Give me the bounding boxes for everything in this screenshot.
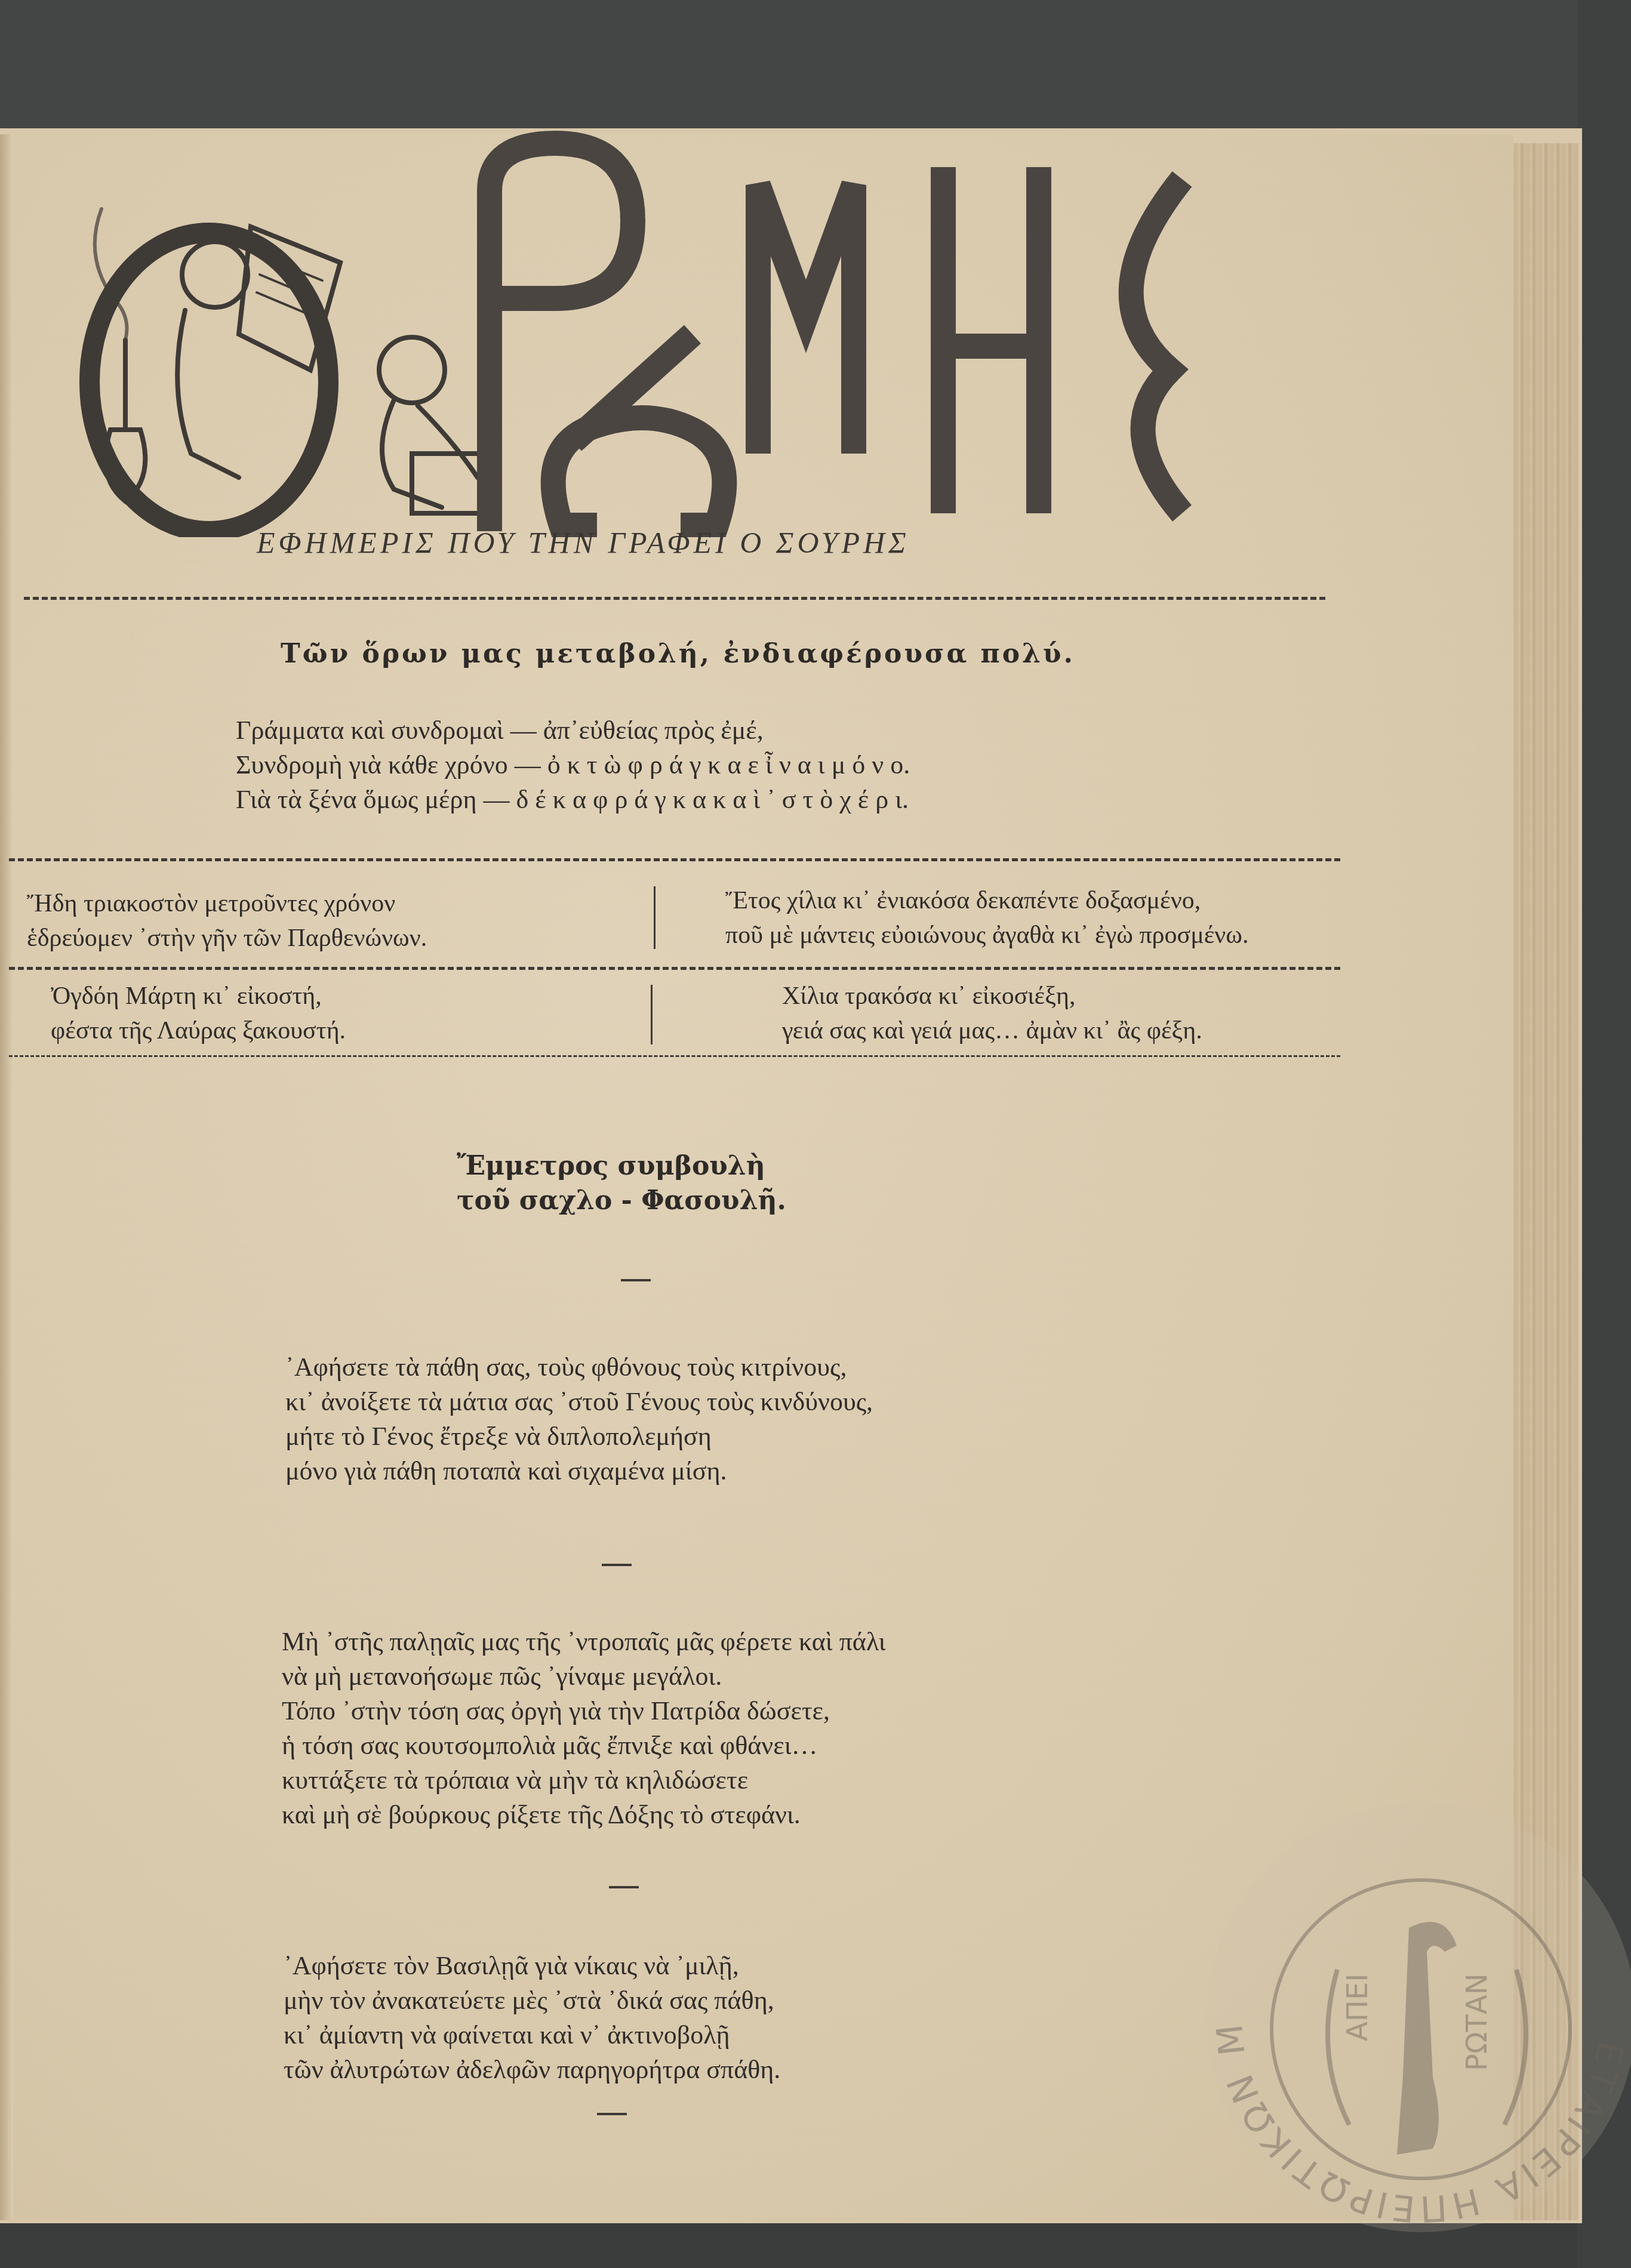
- dateline-line: Ἤδη τριακοστὸν μετροῦντες χρόνον: [27, 886, 427, 921]
- section-dash: [609, 1886, 639, 1888]
- divider: [24, 597, 1325, 600]
- section-dash: [597, 2113, 627, 2115]
- dateline-line: Ἔτος χίλια κι᾽ ἐνιακόσα δεκαπέντε δοξασμ…: [725, 883, 1248, 918]
- library-stamp-icon: ΕΤΑΙΡΕΙΑ ΗΠΕΙΡΩΤΙΚΩΝ ΜΕΛΕΤΩΝ ΑΠΕΙ ΡΩΤΑΝ: [1194, 1791, 1631, 2244]
- poem-line: τῶν ἀλυτρώτων ἀδελφῶν παρηγορήτρα σπάθη.: [284, 2053, 780, 2087]
- dateline-line: Ὀγδόη Μάρτη κι᾽ εἰκοστή,: [51, 979, 346, 1013]
- poem-line: νὰ μὴ μετανοήσωμε πῶς ᾽γίναμε μεγάλοι.: [282, 1659, 886, 1694]
- subscription-line: Γράμματα καὶ συνδρομαὶ — ἀπ᾽εὐθείας πρὸς…: [236, 713, 910, 748]
- subscription-line: Συνδρομὴ γιὰ κάθε χρόνο — ὀ κ τ ὼ φ ρ ά …: [236, 748, 910, 782]
- dateline-line: ποῦ μὲ μάντεις εὐοιώνους ἀγαθὰ κι᾽ ἐγὼ π…: [725, 918, 1248, 953]
- dateline-bottom-rule: [9, 1055, 1340, 1057]
- dateline-top-rule: [9, 858, 1340, 861]
- masthead-tagline: ΕΦΗΜΕΡΙΣ ΠΟΥ ΤΗΝ ΓΡΑΦΕΙ Ο ΣΟΥΡΗΣ: [257, 525, 1033, 560]
- dateline-line: ἑδρεύομεν ᾽στὴν γῆν τῶν Παρθενώνων.: [27, 921, 427, 956]
- dateline-line: φέστα τῆς Λαύρας ξακουστή.: [51, 1013, 346, 1048]
- masthead: Ο ΡΩΜΗΟΣ: [60, 119, 1284, 549]
- dateline-line: Χίλια τρακόσα κι᾽ εἰκοσιέξη,: [782, 979, 1202, 1013]
- poem-line: ᾽Αφήσετε τὰ πάθη σας, τοὺς φθόνους τοὺς …: [285, 1350, 873, 1385]
- poem-line: μόνο γιὰ πάθη ποταπὰ καὶ σιχαμένα μίση.: [285, 1454, 873, 1489]
- poem-line: ἡ τόση σας κουτσομπολιὰ μᾶς ἔπνιξε καὶ φ…: [282, 1728, 886, 1763]
- poem-line: κυττάξετε τὰ τρόπαια νὰ μὴν τὰ κηλιδώσετ…: [282, 1763, 886, 1798]
- poem-line: μὴν τὸν ἀνακατεύετε μὲς ᾽στὰ ᾽δικά σας π…: [284, 1983, 780, 2018]
- dateline-line: γειά σας καὶ γειά μας… ἀμὰν κι᾽ ἂς φέξη.: [782, 1013, 1202, 1048]
- spine-shadow: [0, 134, 13, 2220]
- subscription-line: Γιὰ τὰ ξένα ὅμως μέρη — δ έ κ α φ ρ ά γ …: [236, 782, 910, 817]
- poem-title-line: Ἔμμετρος συμβουλὴ: [457, 1149, 875, 1184]
- section-dash: [621, 1279, 651, 1281]
- dateline-right-top: Ἔτος χίλια κι᾽ ἐνιακόσα δεκαπέντε δοξασμ…: [725, 883, 1248, 953]
- subscription-terms: Γράμματα καὶ συνδρομαὶ — ἀπ᾽εὐθείας πρὸς…: [236, 713, 910, 817]
- dateline-left-top: Ἤδη τριακοστὸν μετροῦντες χρόνον ἑδρεύομ…: [27, 886, 427, 956]
- dateline-middle-rule: [9, 967, 1340, 970]
- poem-stanza-2: Μὴ ᾽στῆς παλῃαῖς μας τῆς ᾽ντροπαῖς μᾶς φ…: [282, 1625, 886, 1832]
- poem-line: μήτε τὸ Γένος ἔτρεξε νὰ διπλοπολεμήση: [285, 1419, 873, 1454]
- subscription-heading: Τῶν ὅρων μας μεταβολή, ἐνδιαφέρουσα πολύ…: [281, 639, 1116, 669]
- poem-line: Τόπο ᾽στὴν τόση σας ὀργὴ γιὰ τὴν Πατρίδα…: [282, 1694, 886, 1728]
- poem-title-line: τοῦ σαχλο - Φασουλῆ.: [457, 1184, 875, 1218]
- column-divider: [654, 886, 656, 949]
- poem-stanza-1: ᾽Αφήσετε τὰ πάθη σας, τοὺς φθόνους τοὺς …: [285, 1350, 873, 1489]
- section-dash: [602, 1564, 632, 1566]
- book-cover-top: [0, 0, 1631, 137]
- poem-line: κι᾽ ἀνοίξετε τὰ μάτια σας ᾽στοῦ Γένους τ…: [285, 1385, 873, 1419]
- poem-title: Ἔμμετρος συμβουλὴ τοῦ σαχλο - Φασουλῆ.: [457, 1149, 875, 1218]
- dateline-right-bottom: Χίλια τρακόσα κι᾽ εἰκοσιέξη, γειά σας κα…: [782, 979, 1202, 1048]
- poem-stanza-3: ᾽Αφήσετε τὸν Βασιλῃᾶ γιὰ νίκαις νὰ ᾽μιλῇ…: [284, 1949, 780, 2087]
- poem-line: Μὴ ᾽στῆς παλῃαῖς μας τῆς ᾽ντροπαῖς μᾶς φ…: [282, 1625, 886, 1659]
- poem-line: ᾽Αφήσετε τὸν Βασιλῃᾶ γιὰ νίκαις νὰ ᾽μιλῇ…: [284, 1949, 780, 1983]
- dateline-left-bottom: Ὀγδόη Μάρτη κι᾽ εἰκοστή, φέστα τῆς Λαύρα…: [51, 979, 346, 1048]
- poem-line: καὶ μὴ σὲ βούρκους ρίξετε τῆς Δόξης τὸ σ…: [282, 1798, 886, 1832]
- column-divider: [651, 985, 653, 1044]
- stamp-inner-right: ΡΩΤΑΝ: [1460, 1973, 1494, 2071]
- poem-line: κι᾽ ἀμίαντη νὰ φαίνεται καὶ ν᾽ ἀκτινοβολ…: [284, 2018, 780, 2053]
- stamp-inner-left: ΑΠΕΙ: [1341, 1974, 1374, 2041]
